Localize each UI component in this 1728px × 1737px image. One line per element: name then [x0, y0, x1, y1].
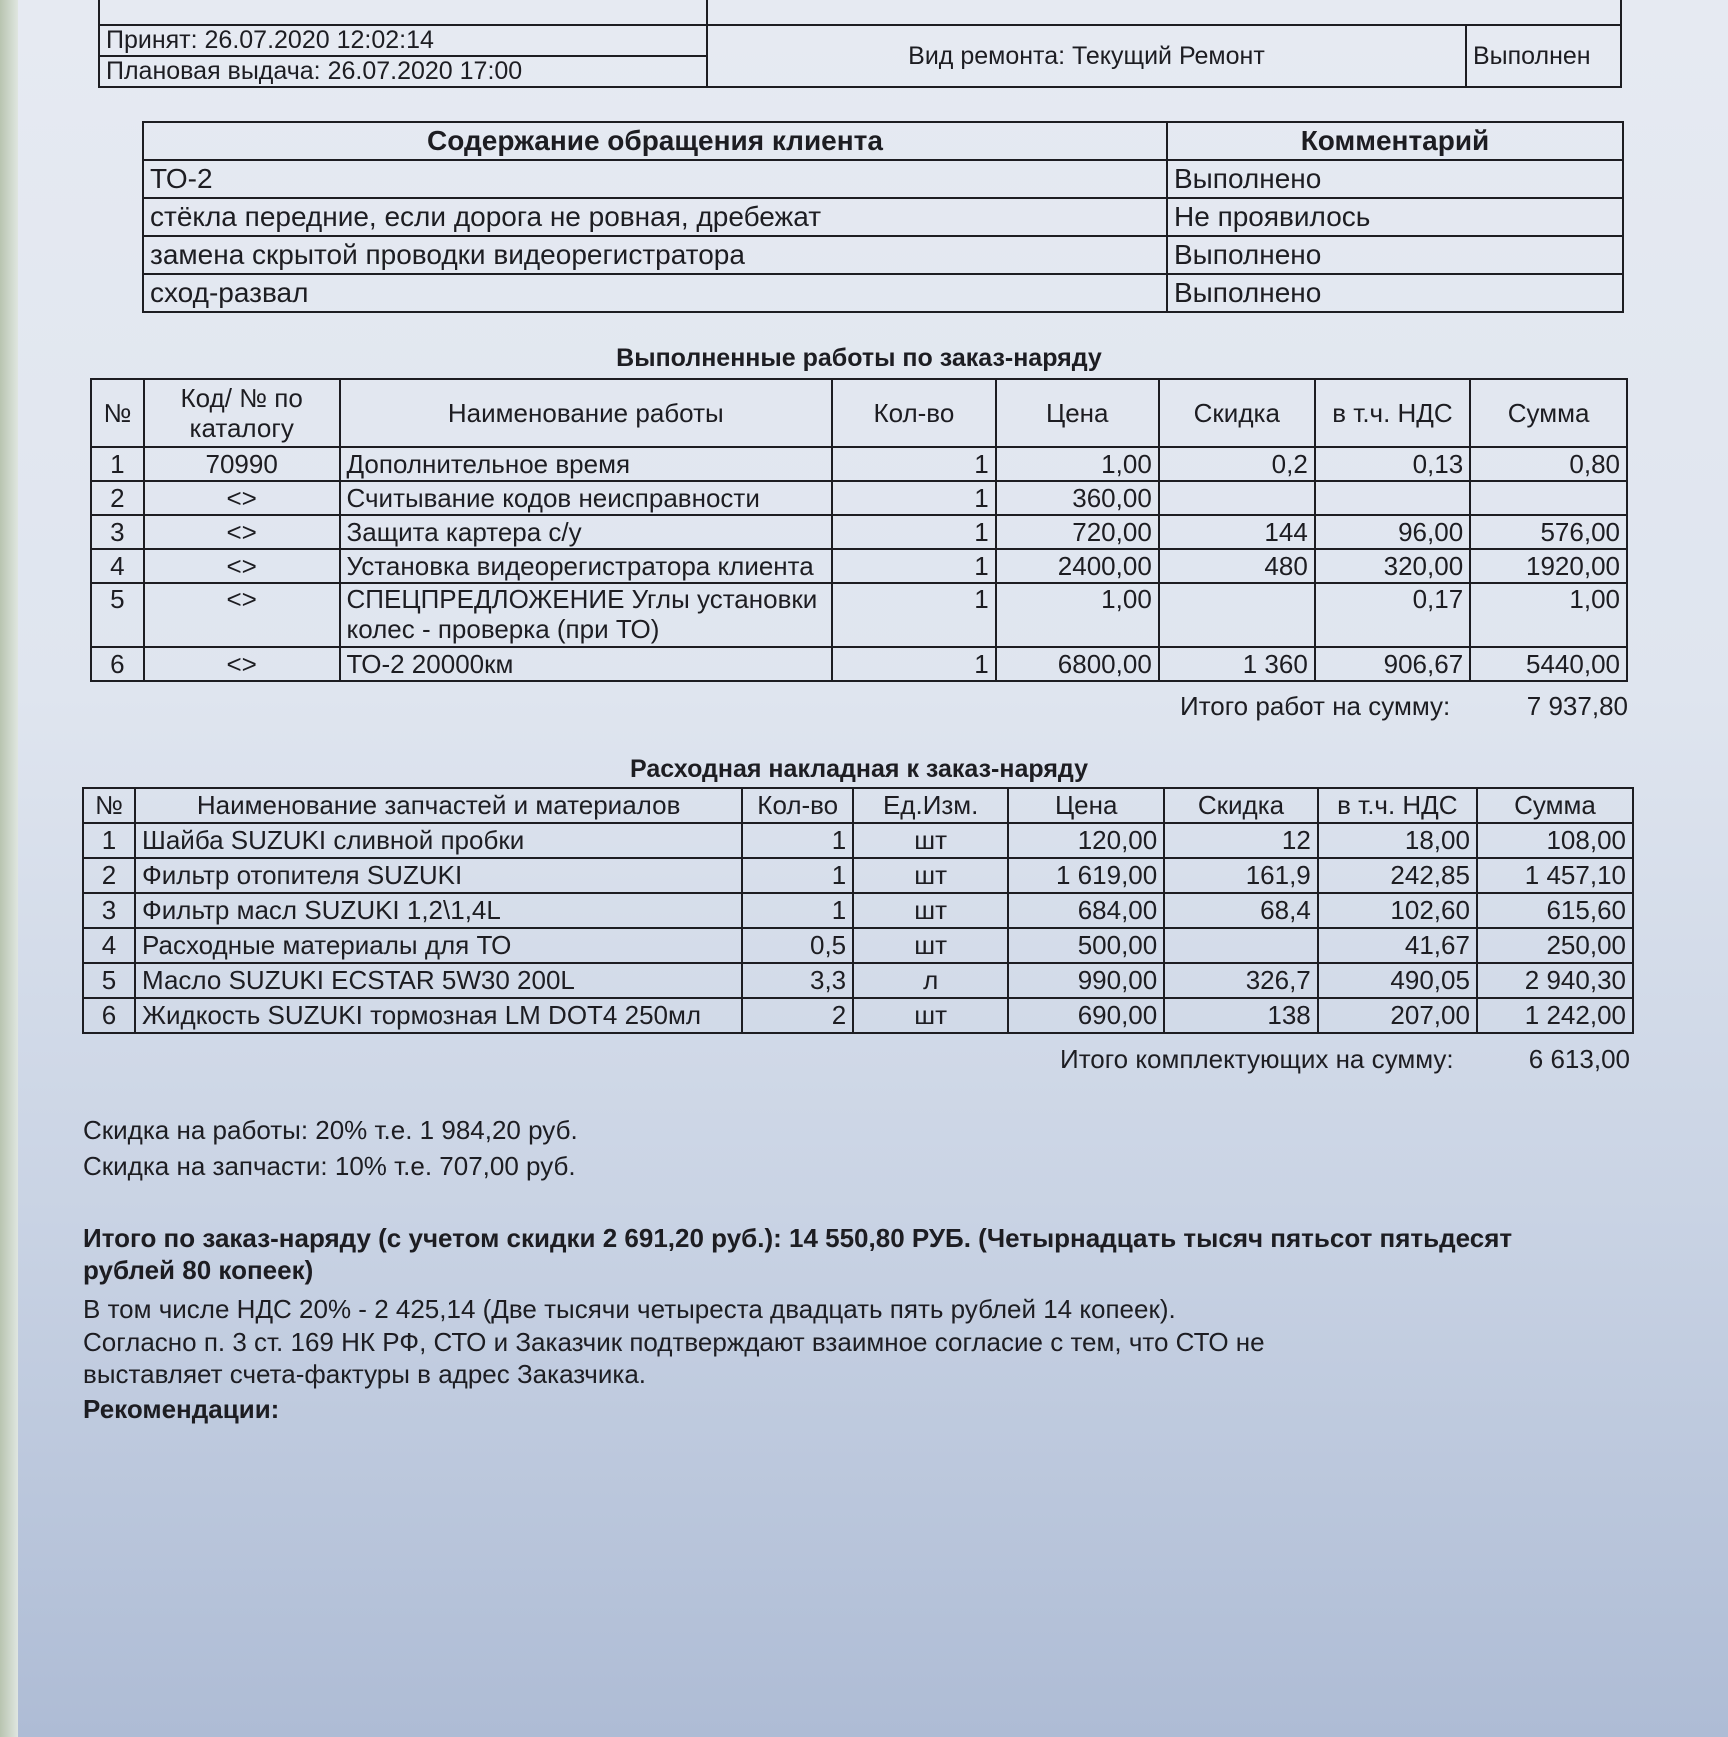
column-header-vat: в т.ч. НДС: [1315, 379, 1470, 447]
part-price: 1 619,00: [1008, 858, 1164, 893]
work-qty: 1: [832, 481, 996, 515]
work-n: 3: [91, 515, 144, 549]
part-price: 990,00: [1008, 963, 1164, 998]
column-header-sum: Сумма: [1477, 788, 1633, 823]
part-discount: 161,9: [1164, 858, 1318, 893]
work-order-page: Принят: 26.07.2020 12:02:14 Вид ремонта:…: [0, 0, 1728, 1737]
part-vat: 41,67: [1318, 928, 1477, 963]
part-n: 6: [83, 998, 135, 1033]
work-code: <>: [144, 515, 340, 549]
part-qty: 3,3: [742, 963, 853, 998]
column-header-no: №: [83, 788, 135, 823]
recommendations-heading: Рекомендации:: [83, 1393, 279, 1425]
part-price: 684,00: [1008, 893, 1164, 928]
part-discount: 68,4: [1164, 893, 1318, 928]
part-unit: шт: [853, 858, 1008, 893]
work-code: <>: [144, 481, 340, 515]
work-name: ТО-2 20000км: [340, 647, 833, 681]
order-header-table: Принят: 26.07.2020 12:02:14 Вид ремонта:…: [98, 0, 1622, 88]
part-vat: 207,00: [1318, 998, 1477, 1033]
work-n: 1: [91, 447, 144, 481]
work-discount: [1159, 481, 1315, 515]
work-name: Дополнительное время: [340, 447, 833, 481]
request-comment: Выполнено: [1167, 236, 1623, 274]
part-unit: шт: [853, 928, 1008, 963]
column-header-comment: Комментарий: [1167, 122, 1623, 160]
parts-total-label: Итого комплектующих на сумму:: [1060, 1044, 1454, 1075]
parts-table: №Наименование запчастей и материаловКол-…: [82, 787, 1634, 1034]
work-sum: 5440,00: [1470, 647, 1627, 681]
part-n: 2: [83, 858, 135, 893]
part-n: 3: [83, 893, 135, 928]
work-qty: 1: [832, 515, 996, 549]
work-vat: 906,67: [1315, 647, 1470, 681]
part-qty: 1: [742, 893, 853, 928]
work-vat: 96,00: [1315, 515, 1470, 549]
part-price: 500,00: [1008, 928, 1164, 963]
vat-line: В том числе НДС 20% - 2 425,14 (Две тыся…: [83, 1293, 1176, 1325]
column-header-vat: в т.ч. НДС: [1318, 788, 1477, 823]
work-code: <>: [144, 549, 340, 583]
work-qty: 1: [832, 549, 996, 583]
work-discount: 144: [1159, 515, 1315, 549]
table-row: 2Фильтр отопителя SUZUKI1шт1 619,00161,9…: [83, 858, 1633, 893]
part-vat: 102,60: [1318, 893, 1477, 928]
work-vat: 0,13: [1315, 447, 1470, 481]
column-header-qty: Кол-во: [832, 379, 996, 447]
column-header-price: Цена: [1008, 788, 1164, 823]
work-n: 2: [91, 481, 144, 515]
work-n: 6: [91, 647, 144, 681]
table-row: 170990Дополнительное время11,000,20,130,…: [91, 447, 1627, 481]
work-name: СПЕЦПРЕДЛОЖЕНИЕ Углы установки колес - п…: [340, 583, 833, 647]
part-discount: 138: [1164, 998, 1318, 1033]
part-n: 1: [83, 823, 135, 858]
work-discount: 480: [1159, 549, 1315, 583]
table-row: 4<>Установка видеорегистратора клиента12…: [91, 549, 1627, 583]
work-vat: 0,17: [1315, 583, 1470, 647]
part-price: 120,00: [1008, 823, 1164, 858]
work-qty: 1: [832, 583, 996, 647]
part-sum: 615,60: [1477, 893, 1633, 928]
work-price: 720,00: [996, 515, 1159, 549]
page-edge: [0, 0, 18, 1737]
request-comment: Выполнено: [1167, 274, 1623, 312]
part-sum: 2 940,30: [1477, 963, 1633, 998]
table-row: 1Шайба SUZUKI сливной пробки1шт120,00121…: [83, 823, 1633, 858]
part-price: 690,00: [1008, 998, 1164, 1033]
part-sum: 1 242,00: [1477, 998, 1633, 1033]
parts-section-title: Расходная накладная к заказ-наряду: [90, 755, 1628, 784]
work-discount: 0,2: [1159, 447, 1315, 481]
request-content: ТО-2: [143, 160, 1167, 198]
parts-total-value: 6 613,00: [1430, 1044, 1630, 1075]
column-header-no: №: [91, 379, 144, 447]
planned-issue-date: Плановая выдача: 26.07.2020 17:00: [99, 56, 707, 87]
column-header-discount: Скидка: [1164, 788, 1318, 823]
work-vat: 320,00: [1315, 549, 1470, 583]
work-name: Считывание кодов неисправности: [340, 481, 833, 515]
request-comment: Выполнено: [1167, 160, 1623, 198]
grand-total-line-2: рублей 80 копеек): [83, 1254, 313, 1286]
column-header-name: Наименование запчастей и материалов: [135, 788, 742, 823]
part-discount: 12: [1164, 823, 1318, 858]
work-price: 6800,00: [996, 647, 1159, 681]
request-row: сход-развалВыполнено: [143, 274, 1623, 312]
table-row: 5Масло SUZUKI ECSTAR 5W30 200L3,3л990,00…: [83, 963, 1633, 998]
table-row: 3<>Защита картера с/у1720,0014496,00576,…: [91, 515, 1627, 549]
work-code: <>: [144, 647, 340, 681]
status-badge: Выполнен: [1466, 25, 1621, 87]
work-sum: 0,80: [1470, 447, 1627, 481]
table-row: 2<>Считывание кодов неисправности1360,00: [91, 481, 1627, 515]
table-row: 6Жидкость SUZUKI тормозная LM DOT4 250мл…: [83, 998, 1633, 1033]
work-qty: 1: [832, 447, 996, 481]
work-code: 70990: [144, 447, 340, 481]
work-n: 5: [91, 583, 144, 647]
legal-line-1: Согласно п. 3 ст. 169 НК РФ, СТО и Заказ…: [83, 1326, 1265, 1358]
discount-works: Скидка на работы: 20% т.е. 1 984,20 руб.: [83, 1114, 578, 1146]
column-header-name: Наименование работы: [340, 379, 833, 447]
request-row: замена скрытой проводки видеорегистратор…: [143, 236, 1623, 274]
table-row: 3Фильтр масл SUZUKI 1,2\1,4L1шт684,0068,…: [83, 893, 1633, 928]
request-content: стёкла передние, если дорога не ровная, …: [143, 198, 1167, 236]
request-comment: Не проявилось: [1167, 198, 1623, 236]
work-qty: 1: [832, 647, 996, 681]
part-unit: шт: [853, 823, 1008, 858]
part-unit: шт: [853, 893, 1008, 928]
work-vat: [1315, 481, 1470, 515]
part-unit: шт: [853, 998, 1008, 1033]
column-header-content: Содержание обращения клиента: [143, 122, 1167, 160]
column-header-discount: Скидка: [1159, 379, 1315, 447]
part-vat: 490,05: [1318, 963, 1477, 998]
part-name: Масло SUZUKI ECSTAR 5W30 200L: [135, 963, 742, 998]
part-qty: 2: [742, 998, 853, 1033]
part-discount: [1164, 928, 1318, 963]
work-discount: [1159, 583, 1315, 647]
part-vat: 242,85: [1318, 858, 1477, 893]
part-sum: 250,00: [1477, 928, 1633, 963]
work-sum: 1920,00: [1470, 549, 1627, 583]
request-content: замена скрытой проводки видеорегистратор…: [143, 236, 1167, 274]
part-name: Шайба SUZUKI сливной пробки: [135, 823, 742, 858]
work-name: Установка видеорегистратора клиента: [340, 549, 833, 583]
part-name: Расходные материалы для ТО: [135, 928, 742, 963]
work-discount: 1 360: [1159, 647, 1315, 681]
work-sum: [1470, 481, 1627, 515]
works-table: №Код/ № по каталогуНаименование работыКо…: [90, 378, 1628, 682]
table-row: 5<>СПЕЦПРЕДЛОЖЕНИЕ Углы установки колес …: [91, 583, 1627, 647]
work-n: 4: [91, 549, 144, 583]
works-total-value: 7 937,80: [1430, 691, 1628, 722]
discount-parts: Скидка на запчасти: 10% т.е. 707,00 руб.: [83, 1150, 576, 1182]
column-header-unit: Ед.Изм.: [853, 788, 1008, 823]
part-unit: л: [853, 963, 1008, 998]
work-code: <>: [144, 583, 340, 647]
work-price: 360,00: [996, 481, 1159, 515]
part-vat: 18,00: [1318, 823, 1477, 858]
grand-total-line-1: Итого по заказ-наряду (с учетом скидки 2…: [83, 1222, 1512, 1254]
works-total-label: Итого работ на сумму:: [1180, 691, 1450, 722]
request-row: ТО-2Выполнено: [143, 160, 1623, 198]
column-header-qty: Кол-во: [742, 788, 853, 823]
request-row: стёкла передние, если дорога не ровная, …: [143, 198, 1623, 236]
table-row: 4Расходные материалы для ТО0,5шт500,0041…: [83, 928, 1633, 963]
part-qty: 1: [742, 858, 853, 893]
client-requests-table: Содержание обращения клиента Комментарий…: [142, 121, 1624, 313]
column-header-sum: Сумма: [1470, 379, 1627, 447]
header-cell-blank: [707, 0, 1621, 25]
work-sum: 1,00: [1470, 583, 1627, 647]
header-cell-blank: [99, 0, 707, 25]
column-header-price: Цена: [996, 379, 1159, 447]
legal-line-2: выставляет счета-фактуры в адрес Заказчи…: [83, 1358, 646, 1390]
part-n: 4: [83, 928, 135, 963]
works-section-title: Выполненные работы по заказ-наряду: [90, 344, 1628, 373]
work-price: 1,00: [996, 447, 1159, 481]
repair-type: Вид ремонта: Текущий Ремонт: [707, 25, 1466, 87]
part-name: Жидкость SUZUKI тормозная LM DOT4 250мл: [135, 998, 742, 1033]
part-qty: 0,5: [742, 928, 853, 963]
part-name: Фильтр отопителя SUZUKI: [135, 858, 742, 893]
request-content: сход-развал: [143, 274, 1167, 312]
work-price: 2400,00: [996, 549, 1159, 583]
part-name: Фильтр масл SUZUKI 1,2\1,4L: [135, 893, 742, 928]
part-sum: 1 457,10: [1477, 858, 1633, 893]
part-sum: 108,00: [1477, 823, 1633, 858]
work-sum: 576,00: [1470, 515, 1627, 549]
table-row: 6<>ТО-2 20000км16800,001 360906,675440,0…: [91, 647, 1627, 681]
column-header-code: Код/ № по каталогу: [144, 379, 340, 447]
work-name: Защита картера с/у: [340, 515, 833, 549]
part-qty: 1: [742, 823, 853, 858]
accepted-date: Принят: 26.07.2020 12:02:14: [99, 25, 707, 56]
work-price: 1,00: [996, 583, 1159, 647]
part-discount: 326,7: [1164, 963, 1318, 998]
part-n: 5: [83, 963, 135, 998]
